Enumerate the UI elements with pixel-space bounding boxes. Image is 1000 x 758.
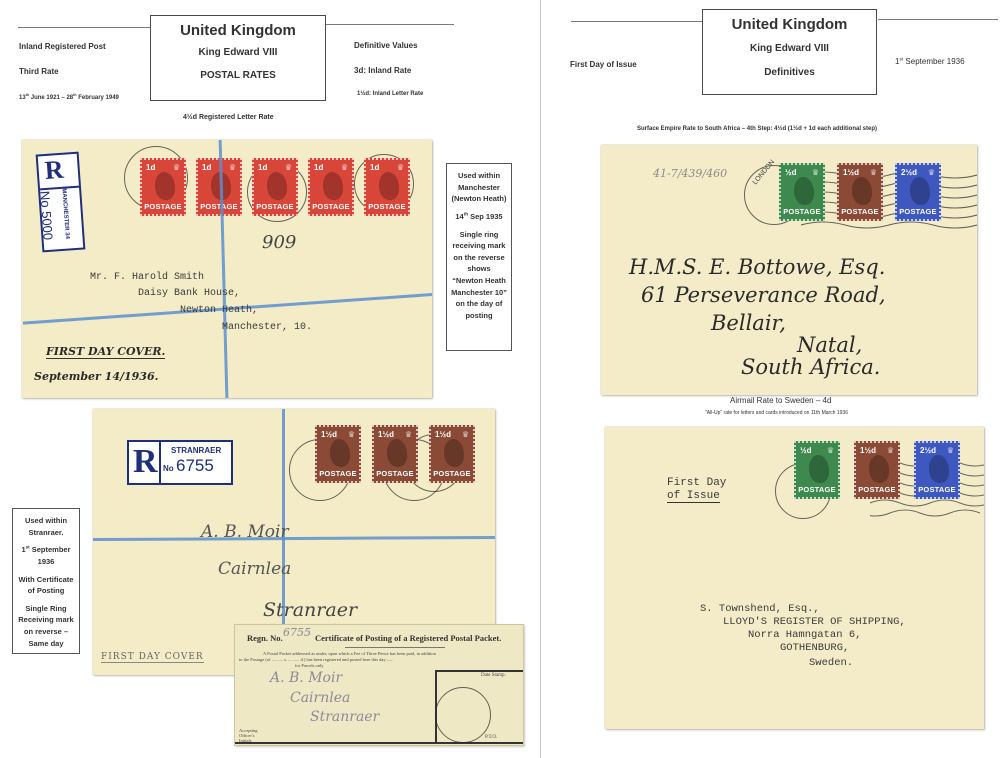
crown-icon: ♛ — [285, 163, 292, 172]
header-rule-right — [878, 19, 998, 20]
pencil-first-day-cover: FIRST DAY COVER — [101, 652, 204, 663]
king-portrait-icon — [330, 439, 350, 467]
stamp-value: ½d — [785, 168, 797, 177]
king-portrait-icon — [379, 172, 399, 200]
album-page-right: United Kingdom King Edward VIII Definiti… — [542, 0, 1000, 758]
crown-icon: ♛ — [812, 168, 819, 177]
page-heading: Definitives — [703, 67, 876, 78]
label-date-range: 13th June 1921 – 28th February 1949 — [19, 93, 119, 101]
registration-office: STRANRAER — [171, 446, 221, 455]
crown-icon: ♛ — [870, 168, 877, 177]
king-portrait-icon — [869, 455, 889, 483]
postage-stamp: 2½d♛POSTAGE — [914, 441, 960, 499]
certificate-body: for Parcels only — [295, 663, 324, 668]
address-line: Manchester, 10. — [222, 322, 312, 333]
label-definitive-values: Definitive Values — [354, 41, 418, 50]
stamp-text: POSTAGE — [376, 469, 414, 478]
stamp-value: 1½d — [378, 430, 394, 439]
registration-letter: R — [133, 443, 158, 481]
typed-first-day: First Day — [667, 477, 726, 489]
header-rule-left — [571, 21, 703, 22]
stamp-text: POSTAGE — [783, 207, 821, 216]
postage-stamp: 1½d♛POSTAGE — [854, 441, 900, 499]
caption-all-up-rate: "All-Up" rate for letters and cards intr… — [705, 410, 848, 416]
certificate-of-posting: Regn. No. 6755 Certificate of Posting of… — [234, 624, 524, 746]
king-portrait-icon — [809, 455, 829, 483]
king-portrait-icon — [155, 172, 175, 200]
address-line: GOTHENBURG, — [780, 642, 849, 654]
crown-icon: ♛ — [173, 163, 180, 172]
postmark-stranraer — [435, 687, 491, 743]
caption-south-africa-rate: Surface Empire Rate to South Africa – 4t… — [637, 126, 877, 132]
handwritten-address-line: Natal, — [797, 333, 862, 357]
handwritten-date: September 14/1936. — [34, 370, 158, 383]
stamp-value: 1½d — [860, 446, 876, 455]
registration-letter: R — [44, 155, 65, 186]
crown-icon: ♛ — [229, 163, 236, 172]
address-line: Norra Hamngatan 6, — [748, 629, 861, 641]
stamp-value: 2½d — [901, 168, 917, 177]
certificate-accepting-label: Accepting Officer's Initials — [239, 729, 267, 744]
address-line: Sweden. — [809, 657, 853, 669]
address-line: Mr. F. Harold Smith — [90, 272, 204, 283]
crown-icon: ♛ — [397, 163, 404, 172]
postage-stamp: 1d♛POSTAGE — [308, 158, 354, 216]
stamp-value: 1d — [258, 163, 267, 172]
crown-icon: ♛ — [462, 430, 469, 439]
stamp-value: 1d — [202, 163, 211, 172]
label-third-rate: Third Rate — [19, 67, 59, 76]
stamp-text: POSTAGE — [433, 469, 471, 478]
certificate-date-stamp-label: Date Stamp. — [481, 673, 506, 678]
stamp-text: POSTAGE — [144, 202, 182, 211]
label-inland-letter-rate: 1½d: Inland Letter Rate — [357, 91, 423, 97]
crown-icon: ♛ — [887, 446, 894, 455]
stamp-text: POSTAGE — [858, 485, 896, 494]
pencil-note: 909 — [262, 232, 296, 253]
label-inland-rate: 3d: Inland Rate — [354, 66, 411, 75]
king-portrait-icon — [267, 172, 287, 200]
registration-label: R STRANRAER No 6755 — [127, 440, 233, 485]
king-portrait-icon — [794, 177, 814, 205]
page-title-box: United Kingdom King Edward VIII POSTAL R… — [150, 15, 326, 101]
page-heading: POSTAL RATES — [151, 70, 325, 81]
crown-icon: ♛ — [348, 430, 355, 439]
stamp-text: POSTAGE — [841, 207, 879, 216]
postage-stamp: 1d♛POSTAGE — [140, 158, 186, 216]
typed-of-issue: of Issue — [667, 490, 720, 503]
postage-stamp: 2½d♛POSTAGE — [895, 163, 941, 221]
album-page-left: United Kingdom King Edward VIII POSTAL R… — [0, 0, 541, 758]
note-text: 14th Sep 1935 — [451, 211, 507, 223]
handwritten-address-line: 61 Perseverance Road, — [641, 283, 886, 307]
page-title: United Kingdom — [703, 16, 876, 33]
note-box-manchester: Used within Manchester (Newton Heath) 14… — [446, 163, 512, 351]
handwritten-address-line: Cairnlea — [218, 559, 291, 579]
page-subtitle: King Edward VIII — [703, 43, 876, 54]
page-subtitle: King Edward VIII — [151, 47, 325, 58]
stamp-text: POSTAGE — [312, 202, 350, 211]
label-inland-registered-post: Inland Registered Post — [19, 42, 106, 51]
stamp-value: ½d — [800, 446, 812, 455]
handwritten-first-day-cover: FIRST DAY COVER. — [46, 345, 165, 359]
cover-south-africa: 41-7/439/460 LONDON ½d♛POSTAGE1½d♛POSTAG… — [601, 145, 977, 395]
stamp-value: 1½d — [321, 430, 337, 439]
handwritten-address-line: H.M.S. E. Bottowe, Esq. — [629, 255, 885, 279]
cover-manchester: R No 5000 MANCHESTER 34 1d♛POSTAGE1d♛POS… — [22, 140, 432, 398]
handwritten-address-line: A. B. Moir — [201, 522, 289, 542]
certificate-handwriting: Stranraer — [310, 709, 379, 725]
registration-office: MANCHESTER 34 — [60, 188, 70, 239]
registration-number-prefix: No — [163, 464, 174, 473]
note-text: Used within Manchester (Newton Heath) — [451, 170, 507, 205]
pencil-note: 41-7/439/460 — [653, 167, 727, 180]
note-text: Single Ring Receiving mark on reverse – … — [17, 603, 75, 650]
certificate-body: to the Postage (of .......... s. .......… — [239, 657, 392, 662]
postage-stamp: 1½d♛POSTAGE — [429, 425, 475, 483]
note-box-stranraer: Used within Stranraer. 1st September 193… — [12, 508, 80, 654]
stamp-value: 1½d — [843, 168, 859, 177]
postage-stamp: 1½d♛POSTAGE — [372, 425, 418, 483]
king-portrait-icon — [444, 439, 464, 467]
registration-number: 6755 — [176, 456, 214, 476]
king-portrait-icon — [387, 439, 407, 467]
note-text: With Certificate of Posting — [17, 574, 75, 597]
caption-registered-letter-rate: 4½d Registered Letter Rate — [183, 114, 274, 121]
handwritten-address-line: Stranraer — [263, 599, 357, 621]
certificate-handwriting: Cairnlea — [290, 690, 350, 706]
crown-icon: ♛ — [928, 168, 935, 177]
postage-stamp: ½d♛POSTAGE — [779, 163, 825, 221]
crown-icon: ♛ — [405, 430, 412, 439]
note-text: Used within Stranraer. — [17, 515, 75, 538]
stamp-value: 1d — [146, 163, 155, 172]
header-rule-left — [18, 27, 150, 28]
postage-stamp: 1d♛POSTAGE — [252, 158, 298, 216]
stamp-text: POSTAGE — [200, 202, 238, 211]
stamp-text: POSTAGE — [319, 469, 357, 478]
stamp-text: POSTAGE — [918, 485, 956, 494]
king-portrait-icon — [910, 177, 930, 205]
stamp-value: 1½d — [435, 430, 451, 439]
king-portrait-icon — [323, 172, 343, 200]
certificate-title: Certificate of Posting of a Registered P… — [315, 633, 501, 643]
registration-number: No 5000 — [37, 190, 55, 240]
note-text: Single ring receiving mark on the revers… — [451, 229, 507, 322]
crown-icon: ♛ — [947, 446, 954, 455]
stamp-value: 2½d — [920, 446, 936, 455]
handwritten-address-line: South Africa. — [741, 355, 880, 379]
label-first-day-of-issue: First Day of Issue — [570, 60, 637, 69]
crown-icon: ♛ — [341, 163, 348, 172]
machine-cancellation — [801, 169, 977, 229]
stamp-text: POSTAGE — [368, 202, 406, 211]
address-line: LLOYD'S REGISTER OF SHIPPING, — [723, 616, 906, 628]
postage-stamp: 1d♛POSTAGE — [364, 158, 410, 216]
header-rule-right — [326, 24, 454, 25]
address-line: Newton Heath, — [180, 305, 258, 316]
postage-stamp: 1½d♛POSTAGE — [315, 425, 361, 483]
label-issue-date: 1st September 1936 — [895, 57, 965, 66]
stamp-value: 1d — [314, 163, 323, 172]
registration-cross-horizontal — [93, 536, 495, 541]
postage-stamp: ½d♛POSTAGE — [794, 441, 840, 499]
page-title: United Kingdom — [151, 22, 325, 39]
caption-airmail-rate-sweden: Airmail Rate to Sweden – 4d — [730, 396, 831, 405]
stamp-text: POSTAGE — [798, 485, 836, 494]
stamp-value: 1d — [370, 163, 379, 172]
handwritten-address-line: Bellair, — [711, 311, 786, 335]
address-line: Daisy Bank House, — [138, 288, 240, 299]
certificate-regn-number: 6755 — [283, 626, 311, 639]
page-title-box: United Kingdom King Edward VIII Definiti… — [702, 9, 877, 95]
registration-label: R No 5000 MANCHESTER 34 — [36, 152, 86, 253]
address-line: S. Townshend, Esq., — [700, 603, 820, 615]
stamp-text: POSTAGE — [256, 202, 294, 211]
crown-icon: ♛ — [827, 446, 834, 455]
king-portrait-icon — [852, 177, 872, 205]
note-text: 1st September 1936 — [17, 544, 75, 567]
certificate-footer: P.T.O. — [485, 735, 497, 740]
cover-sweden: First Day of Issue ½d♛POSTAGE1½d♛POSTAGE… — [605, 427, 984, 729]
king-portrait-icon — [929, 455, 949, 483]
postage-stamp: 1½d♛POSTAGE — [837, 163, 883, 221]
stamp-text: POSTAGE — [899, 207, 937, 216]
certificate-handwriting: A. B. Moir — [270, 670, 342, 686]
certificate-body: A Postal Packet addressed as under, upon… — [263, 651, 436, 656]
certificate-regn-label: Regn. No. — [247, 633, 283, 643]
